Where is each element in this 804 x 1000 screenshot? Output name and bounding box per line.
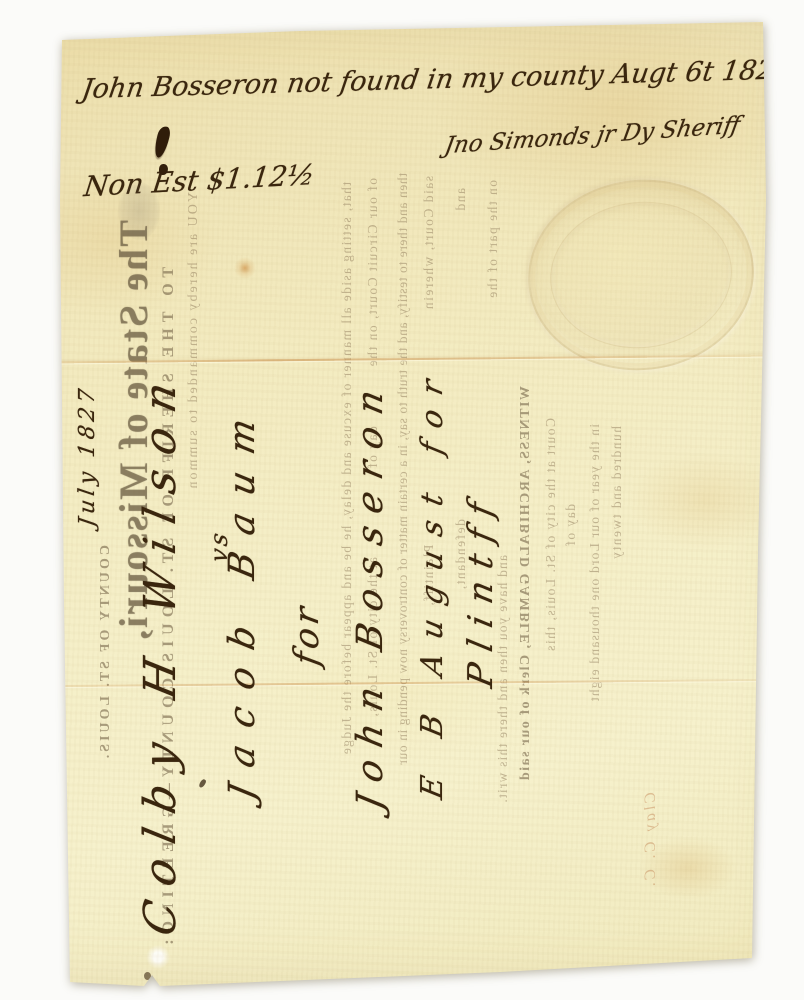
docket-party-plaintiff: Colby H Wilson: [138, 362, 184, 939]
ghost-line-year-of-lord: in the year of our Lord one thousand eig…: [588, 424, 603, 702]
document-paper: COUNTY OF ST. LOUIS. The State of Missou…: [0, 0, 804, 1000]
docket-date: July 1827: [76, 384, 99, 529]
ghost-clerk-signature: Clay C. C.: [642, 792, 660, 890]
ghost-line-on-the-part: on the part of the: [486, 180, 501, 299]
ghost-line-court-city: Court at the city of St. Louis, this: [544, 418, 559, 652]
ghost-line-hundred-twenty: hundred and twenty: [610, 426, 625, 560]
ghost-line-day-of: day of: [564, 504, 579, 547]
docket-party-defendant: Jacob Baum: [224, 398, 262, 804]
scanned-document: COUNTY OF ST. LOUIS. The State of Missou…: [0, 0, 804, 1000]
docket-for-word: for: [290, 601, 326, 669]
ghost-line-witness-clerk: WITNESS, ARCHIBALD GAMBLE, Clerk of our …: [518, 386, 533, 782]
docket-plaintiff-abbrev: Plintff: [464, 487, 500, 691]
ghost-line-testify: then and there to testify, and the truth…: [396, 173, 411, 765]
ghost-line-you-commanded: YOU are hereby commanded to summon: [186, 192, 201, 491]
docket-witness-name: John Bosseron: [352, 374, 390, 813]
embossed-seal-inner-ring: [543, 193, 739, 357]
paper-speck: [144, 972, 151, 980]
ink-smudge: [118, 182, 160, 240]
docket-attorney-line: E B August for: [417, 362, 449, 802]
